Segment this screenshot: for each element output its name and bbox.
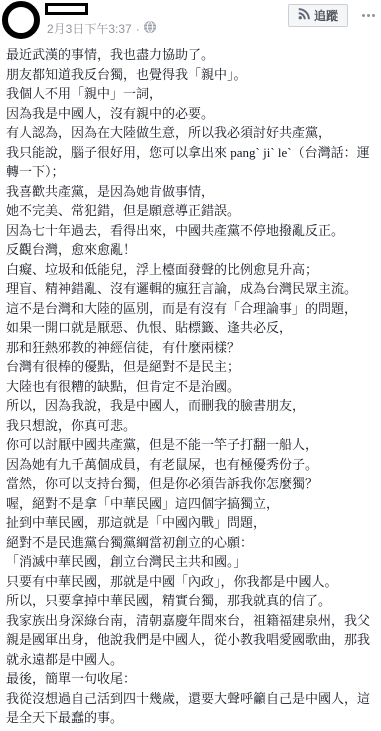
ellipsis-icon [362,14,365,17]
globe-icon [144,21,156,36]
post-line: 這不是台灣和大陸的區別，而是有沒有「合理論事」的問題， [6,299,375,319]
timestamp[interactable]: 2月3日下午3:37 [47,20,132,37]
post-line: 我只能說，腦子很好用，您可以拿出來 pang` ji` le`（台灣話：運轉一下… [6,143,375,182]
avatar[interactable] [2,1,40,39]
post-line: 最近武漢的事情，我也盡力協助了。 [6,45,375,65]
post-line: 我家族出身深綠台南，清朝嘉慶年間來台，祖籍福建泉州，我父親是國軍出身，他說我們是… [6,611,375,670]
post-content: 最近武漢的事情，我也盡力協助了。朋友都知道我反台獨，也覺得我「親中」。我個人不用… [0,40,381,728]
post-line: 最後，簡單一句收尾： [6,669,375,689]
post-line: 因為她有九千萬個成員，有老鼠屎，也有極優秀份子。 [6,455,375,475]
post-line: 喔，絕對不是拿「中華民國」這四個字搞獨立， [6,494,375,514]
follow-button[interactable]: 追蹤 [288,4,348,27]
follow-button-label: 追蹤 [314,7,338,24]
post-line: 大陸也有很糟的缺點，但肯定不是治國。 [6,377,375,397]
author-name-redacted[interactable] [45,3,88,15]
post-line: 絕對不是民進黨台獨黨綱當初創立的心願： [6,533,375,553]
more-options-button[interactable] [358,4,379,21]
header-actions: 追蹤 [288,4,379,27]
post-line: 理盲、精神錯亂、沒有邏輯的瘋狂言論，成為台灣民眾主流。 [6,279,375,299]
post-line: 白癡、垃圾和低能兒，浮上檯面發聲的比例愈見升高； [6,260,375,280]
post-line: 如果一開口就是厭惡、仇恨、貼標籤、逢共必反， [6,318,375,338]
rss-follow-icon [298,8,310,23]
post-line: 你可以討厭中國共產黨，但是不能一竿子打翻一船人， [6,435,375,455]
meta-separator: · [136,22,140,36]
post-line: 「消滅中華民國，創立台灣民主共和國。」 [6,552,375,572]
post-line: 因為我是中國人，沒有親中的必要。 [6,104,375,124]
post-line: 我個人不用「親中」一詞， [6,84,375,104]
post-line: 朋友都知道我反台獨，也覺得我「親中」。 [6,65,375,85]
post-line: 所以，因為我說，我是中國人，而刪我的臉書朋友， [6,396,375,416]
post-header: 2月3日下午3:37 · [0,0,381,40]
facebook-post: 2月3日下午3:37 · [0,0,381,728]
post-line: 當然，你可以支持台獨，但是你必須告訴我你怎麼獨？ [6,474,375,494]
post-line: 有人認為，因為在大陸做生意，所以我必須討好共產黨， [6,123,375,143]
post-line: 扯到中華民國，那這就是「中國內戰」問題， [6,513,375,533]
post-line: 只要有中華民國，那就是中國「內政」，你我都是中國人。 [6,572,375,592]
post-line: 她不完美、常犯錯，但是願意導正錯誤。 [6,201,375,221]
post-line: 台灣有很棒的優點，但是絕對不是民主； [6,357,375,377]
post-meta: 2月3日下午3:37 · [47,20,156,37]
post-line: 我從沒想過自己活到四十幾歲，還要大聲呼籲自己是中國人，這是全天下最蠢的事。 [6,689,375,728]
post-line: 因為七十年過去，看得出來，中國共產黨不停地撥亂反正。 [6,221,375,241]
post-line: 反觀台灣，愈來愈亂！ [6,240,375,260]
post-line: 我只想說，你真可悲。 [6,416,375,436]
post-line: 我喜歡共產黨，是因為她肯做事情， [6,182,375,202]
post-line: 所以，只要拿掉中華民國，精實台獨，那我就真的信了。 [6,591,375,611]
post-line: 那和狂熱邪教的神經信徒，有什麼兩樣？ [6,338,375,358]
